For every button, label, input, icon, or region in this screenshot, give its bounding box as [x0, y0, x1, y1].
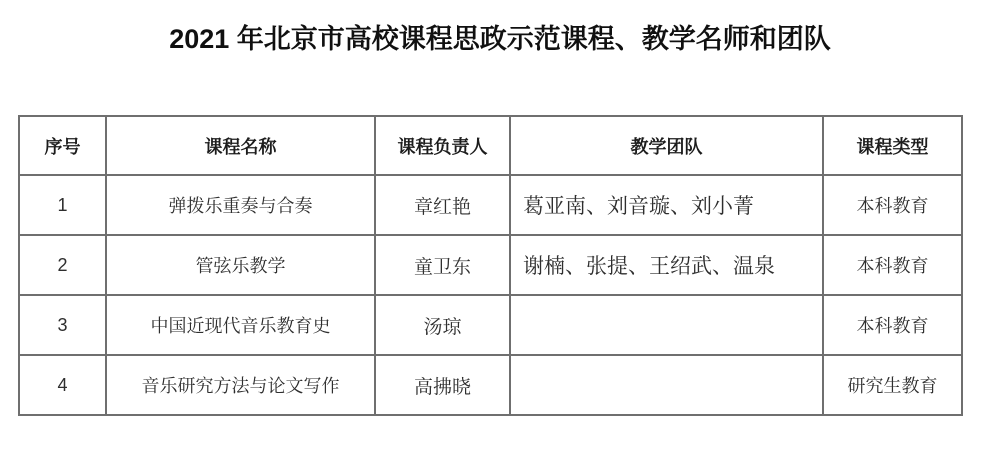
cell-team [510, 295, 823, 355]
cell-team [510, 355, 823, 415]
cell-course-name: 音乐研究方法与论文写作 [106, 355, 375, 415]
cell-leader: 章红艳 [375, 175, 510, 235]
cell-serial: 2 [19, 235, 106, 295]
cell-course-type: 研究生教育 [823, 355, 962, 415]
cell-team: 葛亚南、刘音璇、刘小菁 [510, 175, 823, 235]
cell-course-name: 弹拨乐重奏与合奏 [106, 175, 375, 235]
courses-table: 序号 课程名称 课程负责人 教学团队 课程类型 1 弹拨乐重奏与合奏 章红艳 葛… [18, 115, 963, 416]
table-row: 3 中国近现代音乐教育史 汤琼 本科教育 [19, 295, 962, 355]
table-header: 序号 课程名称 课程负责人 教学团队 课程类型 [19, 116, 962, 175]
table-row: 1 弹拨乐重奏与合奏 章红艳 葛亚南、刘音璇、刘小菁 本科教育 [19, 175, 962, 235]
document-page: 2021 年北京市高校课程思政示范课程、教学名师和团队 序号 课程名称 课程负责… [0, 0, 1000, 476]
header-team: 教学团队 [510, 116, 823, 175]
cell-team: 谢楠、张提、王绍武、温泉 [510, 235, 823, 295]
cell-leader: 童卫东 [375, 235, 510, 295]
cell-course-type: 本科教育 [823, 235, 962, 295]
table-body: 1 弹拨乐重奏与合奏 章红艳 葛亚南、刘音璇、刘小菁 本科教育 2 管弦乐教学 … [19, 175, 962, 415]
cell-serial: 1 [19, 175, 106, 235]
table-row: 2 管弦乐教学 童卫东 谢楠、张提、王绍武、温泉 本科教育 [19, 235, 962, 295]
cell-course-name: 中国近现代音乐教育史 [106, 295, 375, 355]
header-course-type: 课程类型 [823, 116, 962, 175]
cell-leader: 汤琼 [375, 295, 510, 355]
cell-serial: 3 [19, 295, 106, 355]
header-course-name: 课程名称 [106, 116, 375, 175]
cell-course-name: 管弦乐教学 [106, 235, 375, 295]
cell-serial: 4 [19, 355, 106, 415]
page-title: 2021 年北京市高校课程思政示范课程、教学名师和团队 [0, 17, 1000, 56]
table-row: 4 音乐研究方法与论文写作 高拂晓 研究生教育 [19, 355, 962, 415]
header-row: 序号 课程名称 课程负责人 教学团队 课程类型 [19, 116, 962, 175]
cell-course-type: 本科教育 [823, 175, 962, 235]
header-serial: 序号 [19, 116, 106, 175]
header-leader: 课程负责人 [375, 116, 510, 175]
cell-course-type: 本科教育 [823, 295, 962, 355]
cell-leader: 高拂晓 [375, 355, 510, 415]
